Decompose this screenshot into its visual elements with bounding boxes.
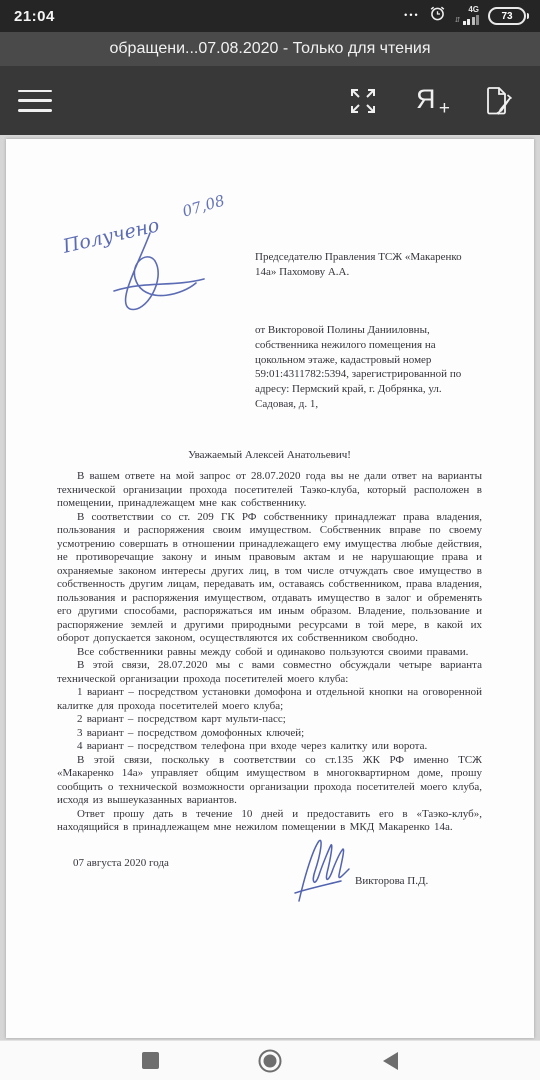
scanned-letter-page[interactable]: Получено 07,08 Председателю Правления ТС… [6, 139, 534, 1038]
data-arrows-icon: ⇵ [455, 16, 461, 24]
edit-document-icon[interactable] [476, 78, 522, 124]
sender-text: от Викторовой Полины Данииловны, собстве… [255, 323, 466, 412]
author-signature [285, 835, 365, 913]
alarm-clock-icon [429, 5, 446, 27]
fullscreen-icon[interactable] [340, 78, 386, 124]
android-nav-bar [0, 1040, 540, 1080]
find-glyph-plus: + [439, 98, 450, 120]
variant-item: 1 вариант – посредством установки домофо… [57, 686, 482, 713]
more-dots-icon: ••• [404, 10, 419, 20]
paragraph: В соответствии со ст. 209 ГК РФ собствен… [57, 511, 482, 646]
document-title-bar: обращени...07.08.2020 - Только для чтени… [0, 32, 540, 66]
received-signature-squiggle [54, 195, 254, 320]
paragraph: В вашем ответе на мой запрос от 28.07.20… [57, 470, 482, 511]
variant-item: 2 вариант – посредством карт мульти-пасс… [57, 713, 482, 727]
status-bar: 21:04 ••• 4G ⇵ 73 [0, 0, 540, 32]
signature-name: Викторова П.Д. [355, 875, 428, 889]
home-circle-icon[interactable] [248, 1044, 292, 1078]
document-title: обращени...07.08.2020 - Только для чтени… [109, 40, 430, 58]
recents-square-icon[interactable] [128, 1044, 172, 1078]
network-type-label: 4G [468, 5, 479, 14]
salutation: Уважаемый Алексей Анатольевич! [57, 449, 482, 463]
paragraph: В этой связи, поскольку в соответствии с… [57, 754, 482, 808]
find-glyph-letter: Я [416, 84, 436, 114]
variant-item: 3 вариант – посредством домофонных ключе… [57, 727, 482, 741]
signal-bars-icon: 4G ⇵ [455, 7, 479, 25]
paragraph: В этой связи, 28.07.2020 мы с вами совме… [57, 659, 482, 686]
handwritten-received-note: Получено 07,08 [54, 195, 254, 320]
addressee-text: Председателю Правления ТСЖ «Макаренко 14… [255, 250, 466, 280]
variant-item: 4 вариант – посредством телефона при вхо… [57, 740, 482, 754]
letter-body: Уважаемый Алексей Анатольевич! В вашем о… [57, 449, 482, 929]
battery-percent: 73 [501, 11, 512, 22]
paragraph: Все собственники равны между собой и оди… [57, 646, 482, 660]
document-viewer[interactable]: Получено 07,08 Председателю Правления ТС… [0, 135, 540, 1040]
battery-icon: 73 [488, 7, 526, 25]
hamburger-menu-icon[interactable] [18, 90, 52, 112]
letter-date: 07 августа 2020 года [73, 857, 169, 871]
reader-toolbar: Я + [0, 66, 540, 135]
paragraph: Ответ прошу дать в течение 10 дней и пре… [57, 808, 482, 835]
find-replace-icon[interactable]: Я + [408, 78, 454, 124]
back-triangle-icon[interactable] [368, 1044, 412, 1078]
clock-time: 21:04 [14, 8, 55, 25]
addressee-block: Председателю Правления ТСЖ «Макаренко 14… [255, 235, 466, 427]
